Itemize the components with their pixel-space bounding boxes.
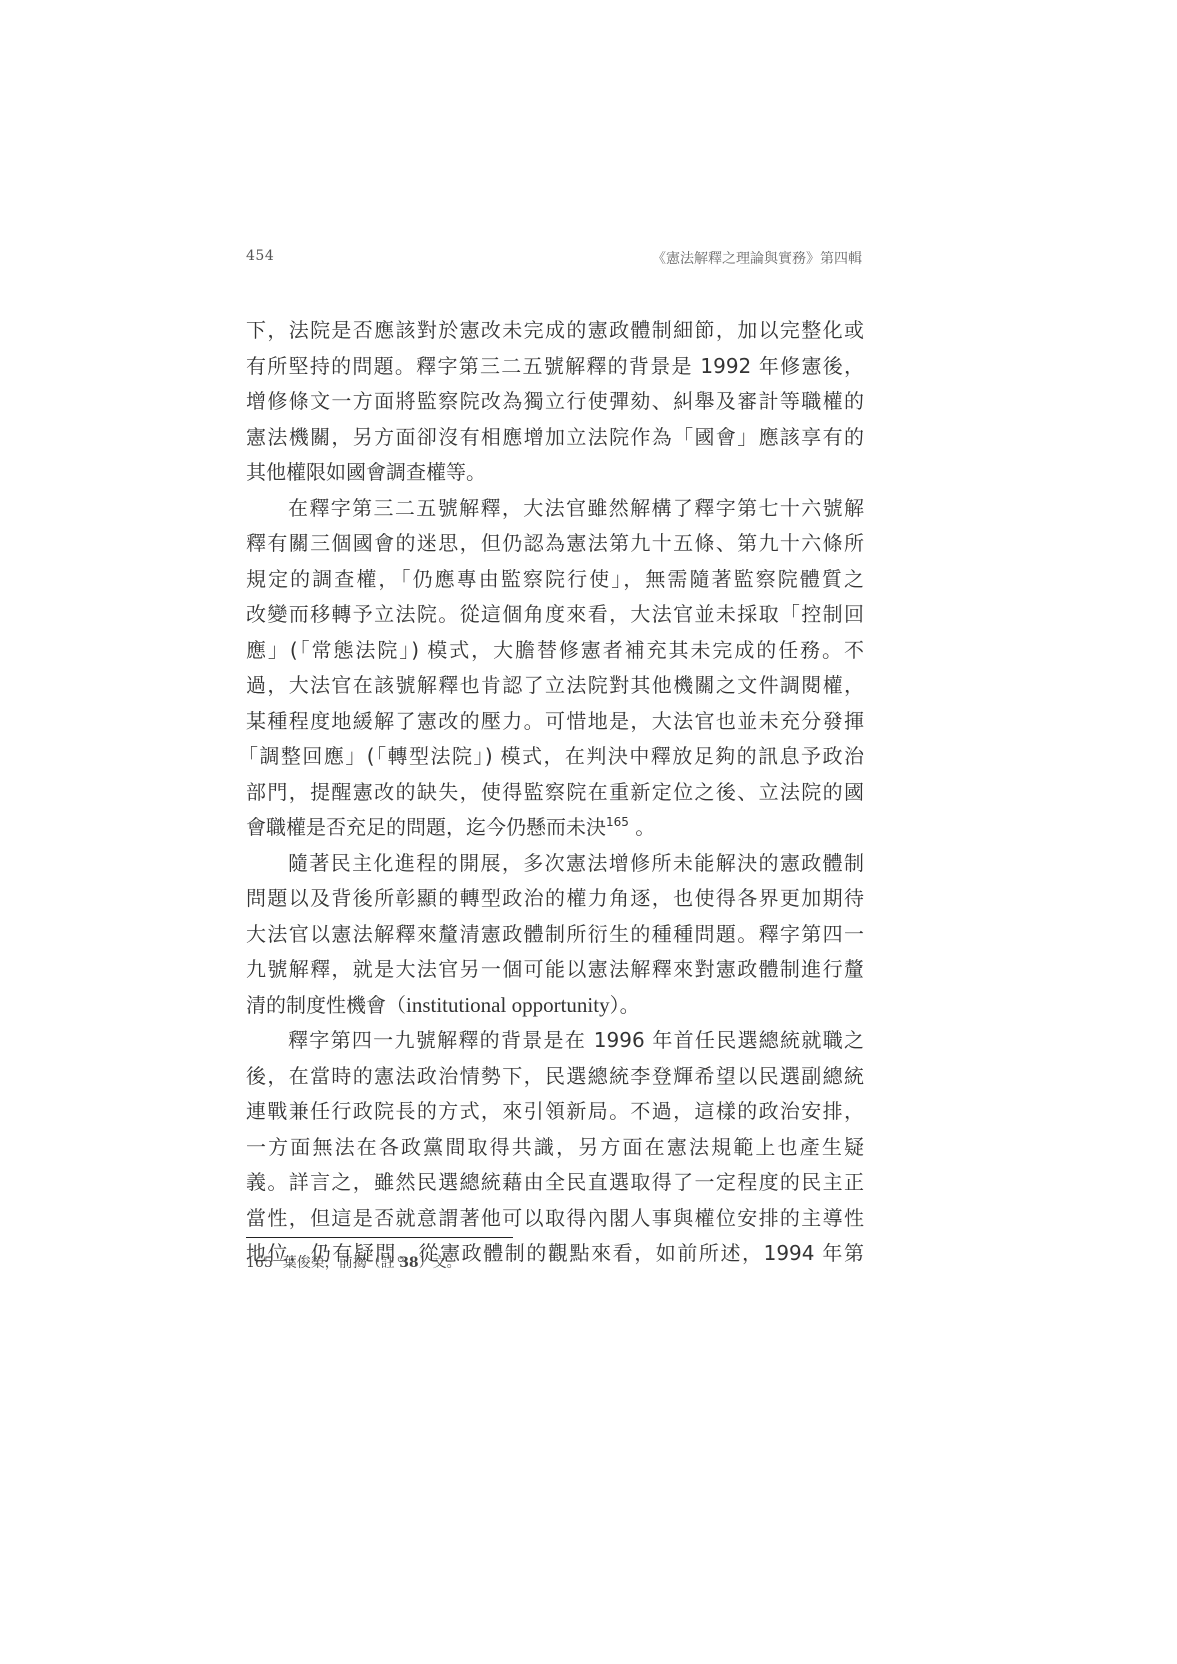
- line-text: 大法官以憲法解釋來釐清憲政體制所衍生的種種問題。釋字第四一: [246, 922, 864, 946]
- footnote-ref-number: 38: [399, 1255, 418, 1271]
- text-line: 「調整回應」(「轉型法院」) 模式，在判決中釋放足夠的訊息予政治: [238, 739, 864, 775]
- line-text: 「調整回應」(「轉型法院」) 模式，在判決中釋放足夠的訊息予政治: [238, 744, 864, 768]
- footnote-165: 165葉俊榮，前揭（註 38）文。: [246, 1252, 862, 1272]
- footnote-text-after: ）文。: [419, 1255, 461, 1271]
- text-line: 後，在當時的憲法政治情勢下，民選總統李登輝希望以民選副總統: [246, 1059, 864, 1095]
- line-text-tail: 。: [629, 815, 655, 839]
- text-line: 有所堅持的問題。釋字第三二五號解釋的背景是 1992 年修憲後，: [246, 349, 864, 385]
- line-text: 下，法院是否應該對於憲改未完成的憲政體制細節，加以完整化或: [246, 318, 864, 342]
- line-text: 九號解釋，就是大法官另一個可能以憲法解釋來對憲政體制進行釐: [246, 957, 864, 981]
- text-line: 大法官以憲法解釋來釐清憲政體制所衍生的種種問題。釋字第四一: [246, 917, 864, 953]
- line-text: 當性，但這是否就意謂著他可以取得內閣人事與權位安排的主導性: [246, 1206, 864, 1230]
- text-line: 過，大法官在該號解釋也肯認了立法院對其他機關之文件調閱權，: [246, 668, 864, 704]
- text-line: 部門，提醒憲改的缺失，使得監察院在重新定位之後、立法院的國: [246, 775, 864, 811]
- line-text: 一方面無法在各政黨間取得共識，另方面在憲法規範上也產生疑: [246, 1135, 864, 1159]
- text-line: 規定的調查權，「仍應專由監察院行使」，無需隨著監察院體質之: [246, 562, 864, 598]
- text-line: 改變而移轉予立法院。從這個角度來看，大法官並未採取「控制回: [246, 597, 864, 633]
- text-line: 當性，但這是否就意謂著他可以取得內閣人事與權位安排的主導性: [246, 1201, 864, 1237]
- line-text: 會職權是否充足的問題，迄今仍懸而未決: [246, 815, 606, 839]
- text-line: 連戰兼任行政院長的方式，來引領新局。不過，這樣的政治安排，: [246, 1094, 864, 1130]
- line-text: 其他權限如國會調查權等。: [246, 460, 486, 484]
- text-line: 釋有關三個國會的迷思，但仍認為憲法第九十五條、第九十六條所: [246, 526, 864, 562]
- line-text: 釋有關三個國會的迷思，但仍認為憲法第九十五條、第九十六條所: [246, 531, 864, 555]
- line-text-tail: ）。: [610, 993, 640, 1017]
- page-number: 454: [246, 248, 274, 264]
- text-line: 在釋字第三二五號解釋，大法官雖然解構了釋字第七十六號解: [246, 491, 864, 527]
- document-page: 454 《憲法解釋之理論與實務》第四輯 下，法院是否應該對於憲改未完成的憲政體制…: [0, 0, 1177, 1664]
- footnote-reference[interactable]: 165: [606, 815, 629, 829]
- running-header: 454 《憲法解釋之理論與實務》第四輯: [246, 246, 862, 270]
- footnote-text-before: 葉俊榮，前揭（註: [283, 1255, 399, 1271]
- line-text: 問題以及背後所彰顯的轉型政治的權力角逐，也使得各界更加期待: [246, 886, 864, 910]
- text-line: 釋字第四一九號解釋的背景是在 1996 年首任民選總統就職之: [246, 1023, 864, 1059]
- body-text: 下，法院是否應該對於憲改未完成的憲政體制細節，加以完整化或有所堅持的問題。釋字第…: [246, 313, 864, 1272]
- line-text: 部門，提醒憲改的缺失，使得監察院在重新定位之後、立法院的國: [246, 780, 864, 804]
- line-text: 在釋字第三二五號解釋，大法官雖然解構了釋字第七十六號解: [288, 496, 864, 520]
- line-text: 釋字第四一九號解釋的背景是在 1996 年首任民選總統就職之: [288, 1028, 864, 1052]
- line-text: 連戰兼任行政院長的方式，來引領新局。不過，這樣的政治安排，: [246, 1099, 864, 1123]
- book-title: 《憲法解釋之理論與實務》第四輯: [652, 248, 862, 268]
- text-line: 憲法機關，另方面卻沒有相應增加立法院作為「國會」應該享有的: [246, 420, 864, 456]
- text-line: 清的制度性機會（institutional opportunity）。: [246, 988, 864, 1024]
- text-line: 會職權是否充足的問題，迄今仍懸而未決165 。: [246, 810, 864, 846]
- footnote-divider: [246, 1237, 513, 1238]
- line-text: 過，大法官在該號解釋也肯認了立法院對其他機關之文件調閱權，: [246, 673, 864, 697]
- text-line: 應」(「常態法院」) 模式，大膽替修憲者補充其未完成的任務。不: [246, 633, 864, 669]
- line-text: 清的制度性機會（: [246, 993, 406, 1017]
- line-text: 應」(「常態法院」) 模式，大膽替修憲者補充其未完成的任務。不: [246, 638, 864, 662]
- line-text: 義。詳言之，雖然民選總統藉由全民直選取得了一定程度的民主正: [246, 1170, 864, 1194]
- line-text: 某種程度地緩解了憲改的壓力。可惜地是，大法官也並未充分發揮: [246, 709, 864, 733]
- text-line: 下，法院是否應該對於憲改未完成的憲政體制細節，加以完整化或: [246, 313, 864, 349]
- text-line: 義。詳言之，雖然民選總統藉由全民直選取得了一定程度的民主正: [246, 1165, 864, 1201]
- text-line: 九號解釋，就是大法官另一個可能以憲法解釋來對憲政體制進行釐: [246, 952, 864, 988]
- text-line: 增修條文一方面將監察院改為獨立行使彈劾、糾舉及審計等職權的: [246, 384, 864, 420]
- line-text: 規定的調查權，「仍應專由監察院行使」，無需隨著監察院體質之: [246, 567, 864, 591]
- text-line: 其他權限如國會調查權等。: [246, 455, 864, 491]
- line-text: 憲法機關，另方面卻沒有相應增加立法院作為「國會」應該享有的: [246, 425, 864, 449]
- english-term: institutional opportunity: [406, 993, 610, 1017]
- text-line: 某種程度地緩解了憲改的壓力。可惜地是，大法官也並未充分發揮: [246, 704, 864, 740]
- line-text: 有所堅持的問題。釋字第三二五號解釋的背景是 1992 年修憲後，: [246, 354, 864, 378]
- line-text: 增修條文一方面將監察院改為獨立行使彈劾、糾舉及審計等職權的: [246, 389, 864, 413]
- line-text: 隨著民主化進程的開展，多次憲法增修所未能解決的憲政體制: [288, 851, 864, 875]
- text-line: 問題以及背後所彰顯的轉型政治的權力角逐，也使得各界更加期待: [246, 881, 864, 917]
- line-text: 後，在當時的憲法政治情勢下，民選總統李登輝希望以民選副總統: [246, 1064, 864, 1088]
- footnote-number: 165: [246, 1255, 273, 1271]
- text-line: 隨著民主化進程的開展，多次憲法增修所未能解決的憲政體制: [246, 846, 864, 882]
- line-text: 改變而移轉予立法院。從這個角度來看，大法官並未採取「控制回: [246, 602, 864, 626]
- text-line: 一方面無法在各政黨間取得共識，另方面在憲法規範上也產生疑: [246, 1130, 864, 1166]
